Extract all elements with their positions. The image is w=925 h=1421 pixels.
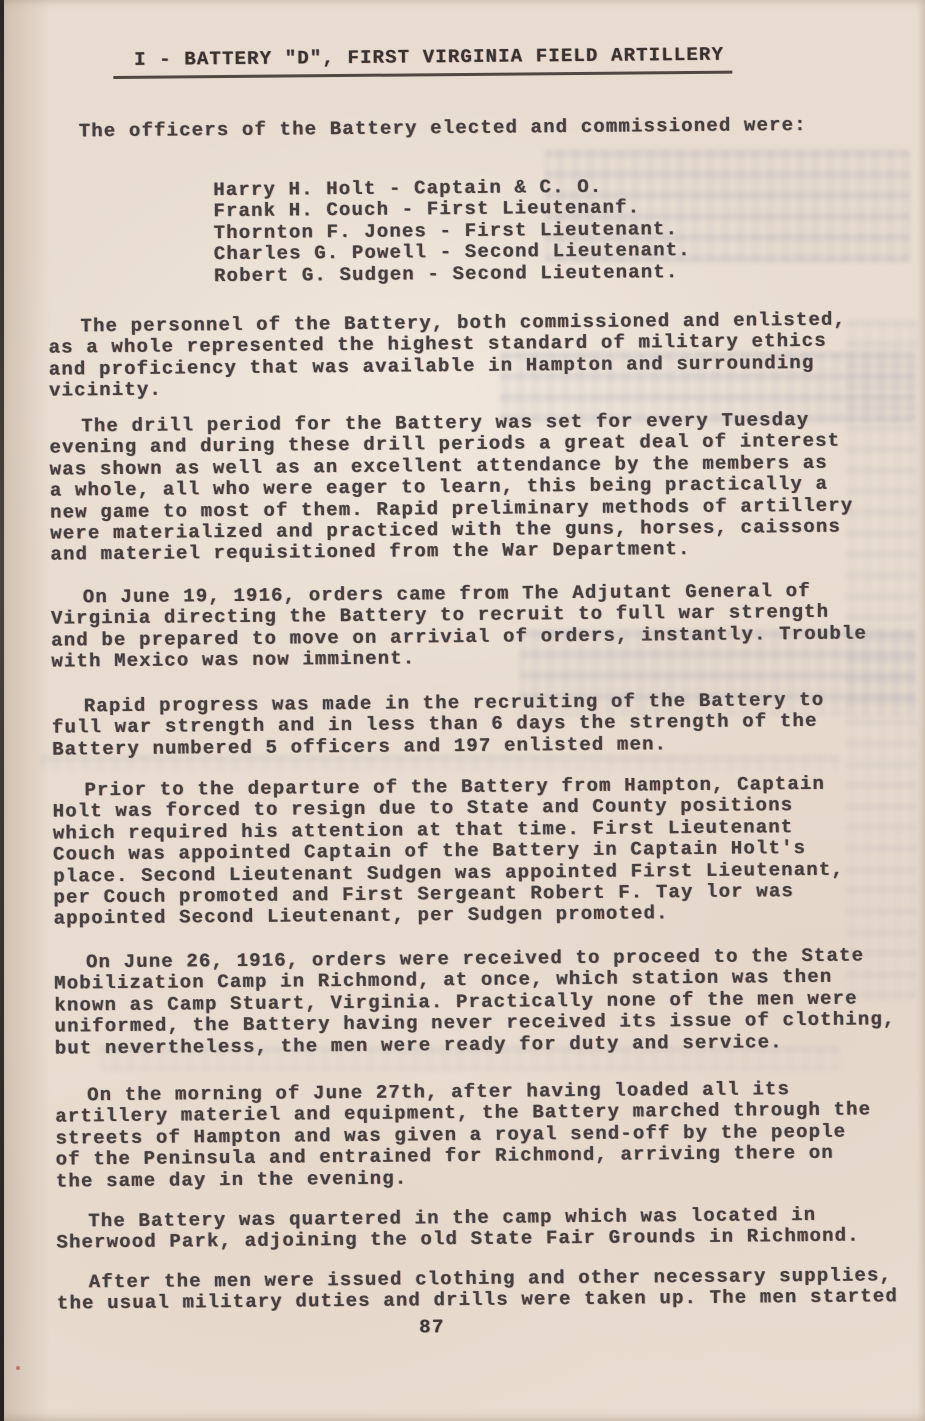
page-number: 87 [419, 1316, 445, 1338]
body-paragraph: On June 19, 1916, orders came from The A… [51, 580, 914, 673]
officer-line: Robert G. Sudgen - Second Lieutenant. [214, 262, 691, 288]
body-paragraph: On June 26, 1916, orders were received t… [54, 945, 917, 1060]
body-paragraph: The personnel of the Battery, both commi… [48, 309, 911, 402]
page-content: I - BATTERY "D", FIRST VIRGINIA FIELD AR… [0, 0, 925, 1421]
body-paragraph: Prior to the departure of the Battery fr… [52, 773, 915, 930]
ink-speck [16, 1366, 20, 1370]
body-paragraphs: The personnel of the Battery, both commi… [0, 0, 925, 4]
scanned-page: I - BATTERY "D", FIRST VIRGINIA FIELD AR… [0, 0, 925, 1421]
body-paragraph: Rapid progress was made in the recruitin… [52, 689, 915, 761]
page-title: I - BATTERY "D", FIRST VIRGINIA FIELD AR… [113, 44, 732, 79]
body-paragraph: After the men were issued clothing and o… [57, 1265, 919, 1315]
body-paragraph: The Battery was quartered in the camp wh… [56, 1204, 918, 1254]
body-paragraph: On the morning of June 27th, after havin… [55, 1078, 918, 1193]
scan-edge-shadow [0, 0, 4, 1421]
officers-intro: The officers of the Battery elected and … [47, 114, 909, 143]
body-paragraph: The drill period for the Battery was set… [49, 409, 912, 566]
officers-list: Harry H. Holt - Captain & C. O.Frank H. … [213, 176, 691, 287]
